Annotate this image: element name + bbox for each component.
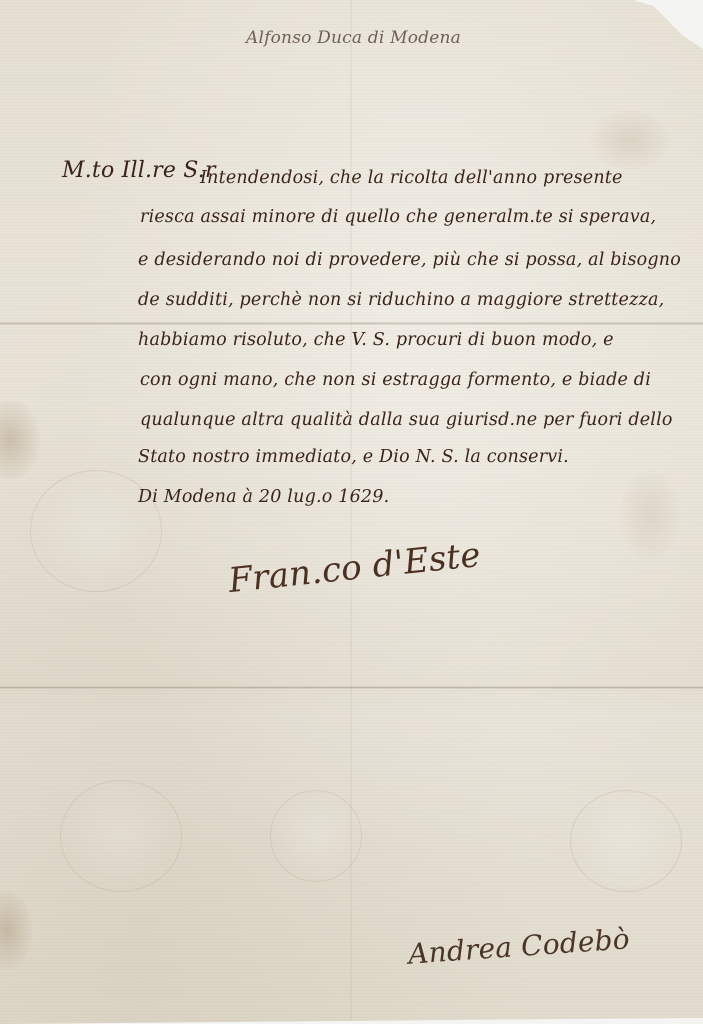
docket-note: Alfonso Duca di Modena: [246, 28, 461, 48]
letter-line: con ogni mano, che non si estragga forme…: [140, 370, 651, 390]
seal-impression: [270, 790, 362, 882]
water-stain-bottom-left: [0, 890, 32, 970]
letter-line: Stato nostro immediato, e Dio N. S. la c…: [138, 447, 569, 467]
date-line: Di Modena à 20 lug.o 1629.: [138, 487, 389, 507]
letter-line: de sudditi, perchè non si riduchino a ma…: [138, 290, 664, 310]
signature-secretary: Andrea Codebò: [407, 922, 631, 970]
salutation: M.to Ill.re S.r: [62, 160, 216, 182]
fold-crease-vertical: [350, 0, 352, 1024]
letter-line: qualunque altra qualità dalla sua giuris…: [140, 410, 673, 430]
signature-primary: Fran.co d'Este: [227, 535, 483, 601]
seal-impression: [570, 790, 682, 892]
letter-line: Intendendosi, che la ricolta dell'anno p…: [200, 168, 623, 188]
water-stain-left: [0, 400, 40, 480]
letter-line: e desiderando noi di provedere, più che …: [138, 250, 681, 270]
letter-line: riesca assai minore di quello che genera…: [140, 207, 656, 227]
letter-line: habbiamo risoluto, che V. S. procuri di …: [138, 330, 614, 350]
water-stain-right: [620, 470, 680, 560]
paper-sheet: Alfonso Duca di Modena M.to Ill.re S.r I…: [0, 0, 703, 1024]
water-stain-top-right: [590, 110, 670, 170]
seal-impression: [60, 780, 182, 892]
